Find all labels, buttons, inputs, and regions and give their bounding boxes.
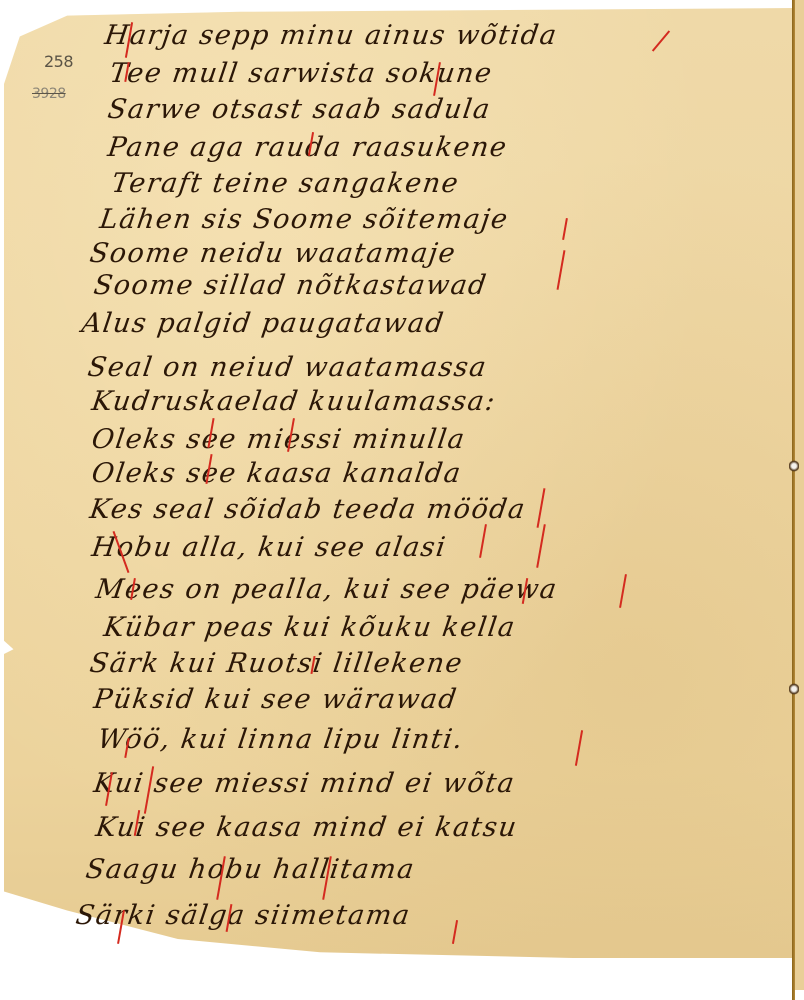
verse-line: Sarwe otsast saab sadula: [106, 94, 493, 125]
verse-line: Hobu alla, kui see alasi: [90, 532, 449, 563]
verse-line: Harja sepp minu ainus wõtida: [103, 20, 560, 51]
verse-line: Lähen sis Soome sõitemaje: [98, 204, 511, 235]
verse-line: Mees on pealla, kui see päewa: [94, 574, 560, 605]
verse-line: Kübar peas kui kõuku kella: [102, 612, 518, 643]
verse-line: Oleks see kaasa kanalda: [90, 458, 464, 489]
adjacent-page-strip: [795, 0, 804, 990]
verse-line: Särk kui Ruotsi lillekene: [88, 648, 465, 679]
staple-hole-icon: [789, 460, 799, 472]
verse-line: Soome neidu waatamaje: [88, 238, 459, 269]
verse-line: Kudruskaelad kuulamassa:: [90, 386, 498, 417]
verse-line: Kui see kaasa mind ei katsu: [94, 812, 520, 843]
verse-line: Alus palgid paugatawad: [80, 308, 447, 339]
manuscript-scan: 258 3928 Harja sepp minu ainus wõtida Te…: [0, 0, 804, 1000]
staple-hole-icon: [789, 683, 799, 695]
verse-line: Särki sälga siimetama: [74, 900, 413, 931]
verse-line: Seal on neiud waatamassa: [86, 352, 489, 383]
verse-line: Saagu hobu hallitama: [84, 854, 417, 885]
struck-archive-number: 3928: [32, 86, 66, 102]
verse-line: Oleks see miessi minulla: [90, 424, 468, 455]
verse-line: Kes seal sõidab teeda mööda: [88, 494, 528, 525]
verse-line: Kui see miessi mind ei wõta: [92, 768, 518, 799]
verse-line: Püksid kui see wärawad: [92, 684, 460, 715]
verse-line: Wöö, kui linna lipu linti.: [96, 724, 466, 755]
page-number: 258: [44, 52, 73, 71]
verse-line: Soome sillad nõtkastawad: [92, 270, 490, 301]
verse-line: Teraft teine sangakene: [110, 168, 462, 199]
verse-line: Pane aga rauda raasukene: [106, 132, 510, 163]
